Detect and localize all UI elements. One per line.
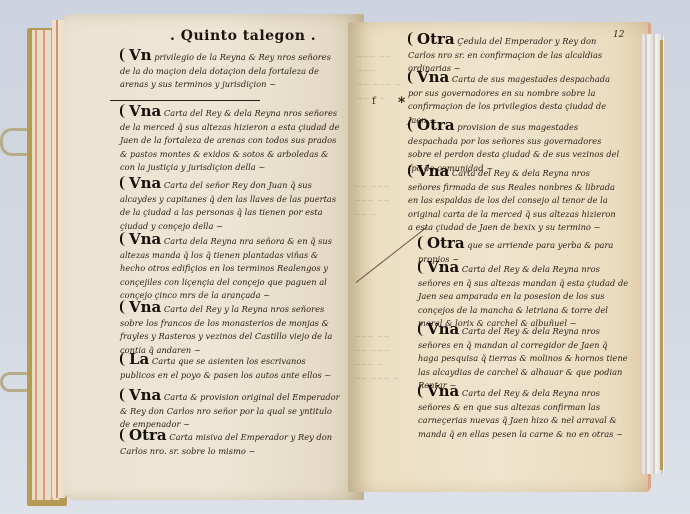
entry: Vna Carta del señor Rey don Juan q̃ sus … bbox=[120, 176, 340, 233]
entry-initial: Vna bbox=[120, 386, 161, 404]
entry-text: privilegio de la Reyna & Rey nros señore… bbox=[120, 52, 331, 89]
entry-initial: Otra bbox=[408, 30, 455, 48]
entry: La Carta que se asienten los escrivanos … bbox=[120, 352, 340, 382]
entry-initial: Vna bbox=[408, 68, 449, 86]
entry-text: Carta que se asienten los escrivanos pub… bbox=[120, 356, 331, 380]
entry: Vna Carta del Rey & dela Reyna nros seño… bbox=[120, 104, 340, 175]
entry-initial: Vna bbox=[418, 382, 459, 400]
entry: Vna Carta del Rey y la Reyna nros señore… bbox=[120, 300, 340, 357]
divider-line bbox=[110, 100, 260, 101]
entry-initial: La bbox=[120, 350, 149, 368]
entry-initial: Otra bbox=[418, 234, 465, 252]
faded-bleedthrough: ~~ ~~~~~~ ~~~~ ~ bbox=[354, 180, 404, 222]
entry-initial: Vna bbox=[418, 320, 459, 338]
book-cover-edge-right bbox=[646, 40, 663, 470]
entry: Vna Carta dela Reyna nra señora & en q̃ … bbox=[120, 232, 340, 303]
asterisk-mark-icon: * bbox=[398, 95, 405, 111]
entry-initial: Vna bbox=[120, 298, 161, 316]
entry-initial: Otra bbox=[408, 116, 455, 134]
faded-bleedthrough: ~~~ ~~~~ ~~~~~~ ~~~ ~~~ ~ bbox=[354, 330, 414, 386]
entry: Vna Carta del Rey & dela Reyna nros seño… bbox=[418, 384, 630, 441]
entry: Vn privilegio de la Reyna & Rey nros señ… bbox=[120, 48, 340, 92]
entry: Vna Carta del Rey & dela Reyna nros seño… bbox=[408, 164, 620, 235]
entry-initial: Vna bbox=[120, 174, 161, 192]
entry-initial: Vna bbox=[408, 162, 449, 180]
entry: Otra Carta misiva del Emperador y Rey do… bbox=[120, 428, 340, 458]
entry: Vna Carta & provision original del Emper… bbox=[120, 388, 340, 432]
entry-initial: Vna bbox=[120, 102, 161, 120]
entry-initial: Vn bbox=[120, 46, 152, 64]
marginal-note: f bbox=[372, 96, 376, 107]
entry-initial: Vna bbox=[120, 230, 161, 248]
entry-initial: Otra bbox=[120, 426, 167, 444]
page-title: . Quinto talegon . bbox=[170, 28, 316, 44]
manuscript-photo: . Quinto talegon . Vn privilegio de la R… bbox=[0, 0, 690, 514]
entry-initial: Vna bbox=[418, 258, 459, 276]
